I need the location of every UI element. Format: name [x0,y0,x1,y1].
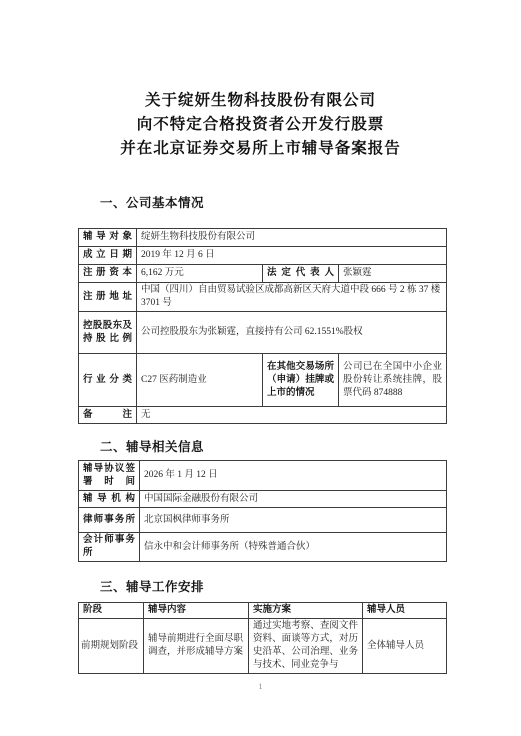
row-label: 辅导对象 [79,229,137,247]
title-line-2: 向不特定合格投资者公开发行股票 [0,113,521,137]
section-heading-guidance-info: 二、辅导相关信息 [100,437,204,455]
table-row-registered-capital: 注册资本 6,162 万元 法定代表人 张颖霆 [79,265,447,283]
title-line-1: 关于绽妍生物科技股份有限公司 [0,89,521,113]
table-row-industry-classification: 行业分类 C27 医药制造业 在其他交易场所（申请）挂牌或上市的情况 公司已在全… [79,354,447,407]
column-header-content: 辅导内容 [144,603,249,619]
table-header-row: 阶段 辅导内容 实施方案 辅导人员 [79,603,447,619]
row-label: 注册地址 [79,283,137,312]
row-value: 中国国际金融股份有限公司 [140,491,447,508]
company-info-table: 辅导对象 绽妍生物科技股份有限公司 成立日期 2019 年 12 月 6 日 注… [78,228,447,424]
row-label-legal-rep: 法定代表人 [263,265,339,283]
row-value: 中国（四川）自由贸易试验区成都高新区天府大道中段 666 号 2 栋 37 楼 … [137,283,447,312]
row-label: 成立日期 [79,247,137,265]
row-value: 公司控股股东为张颖霆，直接持有公司 62.1551%股权 [137,312,447,354]
table-row-law-firm: 律师事务所 北京国枫律师事务所 [79,508,447,533]
row-label: 辅导协议签署时间 [79,461,140,491]
row-label: 备注 [79,407,137,424]
row-label: 辅导机构 [79,491,140,508]
column-header-staff: 辅导人员 [363,603,447,619]
table-row-guidance-target: 辅导对象 绽妍生物科技股份有限公司 [79,229,447,247]
row-value: 6,162 万元 [137,265,263,283]
cell-content: 辅导前期进行全面尽职调查，并形成辅导方案 [144,619,249,674]
work-plan-table: 阶段 辅导内容 实施方案 辅导人员 前期规划阶段 辅导前期进行全面尽职调查，并形… [78,602,447,674]
row-value: 2019 年 12 月 6 日 [137,247,447,265]
document-page: 关于绽妍生物科技股份有限公司 向不特定合格投资者公开发行股票 并在北京证券交易所… [0,0,521,736]
page-number: 1 [0,682,521,691]
row-value-industry: C27 医药制造业 [137,354,263,407]
cell-stage: 前期规划阶段 [79,619,144,674]
table-row-registered-address: 注册地址 中国（四川）自由贸易试验区成都高新区天府大道中段 666 号 2 栋 … [79,283,447,312]
row-label: 会计师事务所 [79,533,140,562]
row-label: 控股股东及持股比例 [79,312,137,354]
section-heading-work-plan: 三、辅导工作安排 [100,577,204,595]
table-row-agreement-date: 辅导协议签署时间 2026 年 1 月 12 日 [79,461,447,491]
cell-staff: 全体辅导人员 [363,619,447,674]
row-value: 2026 年 1 月 12 日 [140,461,447,491]
row-value-legal-rep: 张颖霆 [339,265,447,283]
table-row-established-date: 成立日期 2019 年 12 月 6 日 [79,247,447,265]
guidance-info-table: 辅导协议签署时间 2026 年 1 月 12 日 辅导机构 中国国际金融股份有限… [78,460,447,562]
table-row-remark: 备注 无 [79,407,447,424]
row-value: 无 [137,407,447,424]
document-title: 关于绽妍生物科技股份有限公司 向不特定合格投资者公开发行股票 并在北京证券交易所… [0,89,521,161]
row-value: 信永中和会计师事务所（特殊普通合伙） [140,533,447,562]
column-header-plan: 实施方案 [249,603,363,619]
row-label: 注册资本 [79,265,137,283]
table-row-early-planning-stage: 前期规划阶段 辅导前期进行全面尽职调查，并形成辅导方案 通过实地考察、查阅文件资… [79,619,447,674]
table-row-controlling-shareholder: 控股股东及持股比例 公司控股股东为张颖霆，直接持有公司 62.1551%股权 [79,312,447,354]
row-value: 绽妍生物科技股份有限公司 [137,229,447,247]
row-label: 行业分类 [79,354,137,407]
row-value-other-listing: 公司已在全国中小企业股份转让系统挂牌，股票代码 874888 [339,354,447,407]
cell-plan: 通过实地考察、查阅文件资料、面谈等方式，对历史沿革、公司治理、业务与技术、同业竞… [249,619,363,674]
column-header-stage: 阶段 [79,603,144,619]
row-label: 律师事务所 [79,508,140,533]
row-label-other-listing: 在其他交易场所（申请）挂牌或上市的情况 [263,354,339,407]
row-value: 北京国枫律师事务所 [140,508,447,533]
table-row-guidance-institution: 辅导机构 中国国际金融股份有限公司 [79,491,447,508]
table-row-accounting-firm: 会计师事务所 信永中和会计师事务所（特殊普通合伙） [79,533,447,562]
section-heading-company-basic-info: 一、公司基本情况 [100,193,204,211]
title-line-3: 并在北京证券交易所上市辅导备案报告 [0,137,521,161]
